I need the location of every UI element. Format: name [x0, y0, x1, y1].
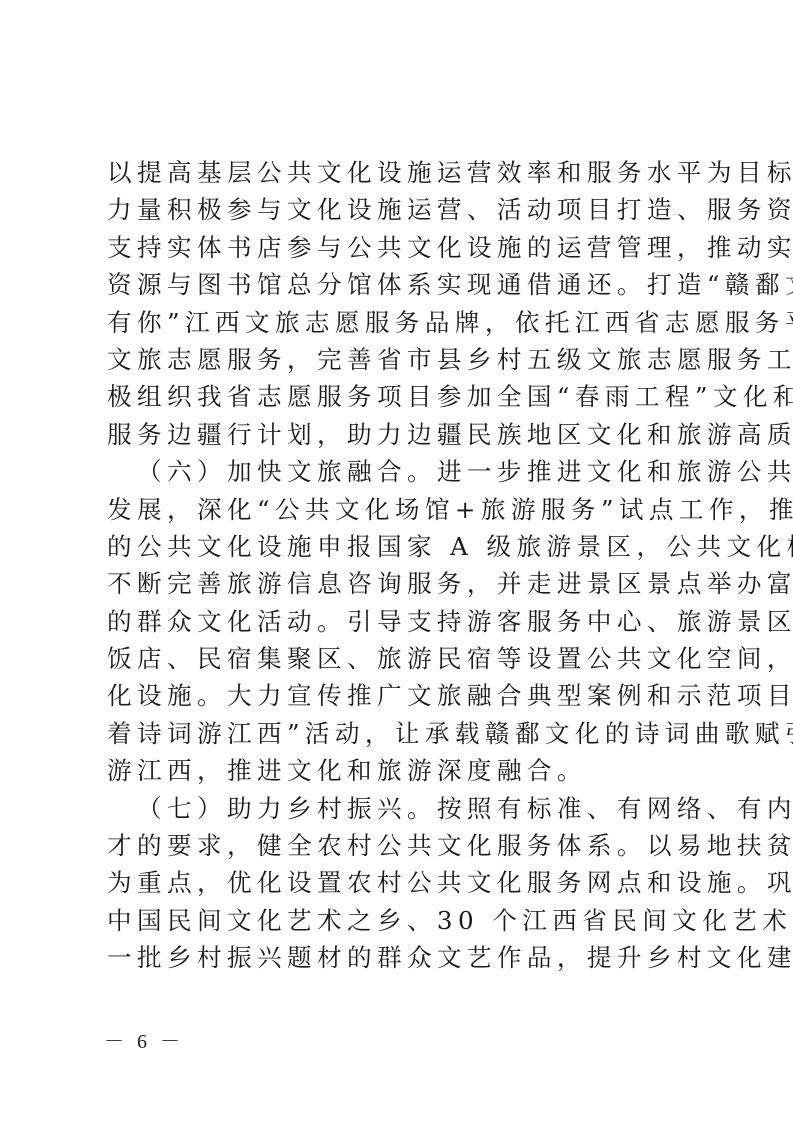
text-line: 极组织我省志愿服务项目参加全国“春雨工程”文化和旅游志愿: [107, 378, 690, 415]
body-text: 以提高基层公共文化设施运营效率和服务水平为目标，吸引社会 力量积极参与文化设施运…: [107, 154, 690, 977]
text-line: 发展，深化“公共文化场馆+旅游服务”试点工作，推动有条件: [107, 491, 690, 528]
text-line: 文旅志愿服务，完善省市县乡村五级文旅志愿服务工作网络。积: [107, 341, 690, 378]
text-line: 的群众文化活动。引导支持游客服务中心、旅游景区、旅游等级: [107, 603, 690, 640]
page-number: － 6 －: [104, 1025, 184, 1054]
section-heading-line: （七）助力乡村振兴。按照有标准、有网络、有内容、有人: [107, 790, 690, 827]
text-line: 力量积极参与文化设施运营、活动项目打造、服务资源配送等。: [107, 191, 690, 228]
text-line: 为重点，优化设置农村公共文化服务网点和设施。巩固创建 6 个: [107, 864, 690, 901]
text-line: 服务边疆行计划，助力边疆民族地区文化和旅游高质量发展。: [107, 416, 690, 453]
text-line: 着诗词游江西”活动，让承载赣鄱文化的诗词曲歌赋引领游客畅: [107, 715, 690, 752]
text-line: 不断完善旅游信息咨询服务，并走进景区景点举办富有地方特色: [107, 565, 690, 602]
text-line: 的公共文化设施申报国家 A 级旅游景区，公共文化机构在场馆内: [107, 528, 690, 565]
text-line: 饭店、民宿集聚区、旅游民宿等设置公共文化空间，配备公共文: [107, 640, 690, 677]
text-line: 一批乡村振兴题材的群众文艺作品，提升乡村文化建设品质。培: [107, 939, 690, 976]
text-line: 资源与图书馆总分馆体系实现通借通还。打造“赣鄱文旅 服务: [107, 266, 690, 303]
text-line: 游江西，推进文化和旅游深度融合。: [107, 752, 690, 789]
text-line: 化设施。大力宣传推广文旅融合典型案例和示范项目，举办“跟: [107, 677, 690, 714]
text-line: 以提高基层公共文化设施运营效率和服务水平为目标，吸引社会: [107, 154, 690, 191]
text-line: 支持实体书店参与公共文化设施的运营管理，推动实体书店阅读: [107, 229, 690, 266]
text-line: 才的要求，健全农村公共文化服务体系。以易地扶贫搬迁安置区: [107, 827, 690, 864]
document-page: 以提高基层公共文化设施运营效率和服务水平为目标，吸引社会 力量积极参与文化设施运…: [0, 0, 793, 1122]
section-heading-line: （六）加快文旅融合。进一步推进文化和旅游公共服务融合: [107, 453, 690, 490]
text-line: 中国民间文化艺术之乡、30 个江西省民间文化艺术之乡，创作: [107, 902, 690, 939]
text-line: 有你”江西文旅志愿服务品牌，依托江西省志愿服务平台，规范: [107, 304, 690, 341]
